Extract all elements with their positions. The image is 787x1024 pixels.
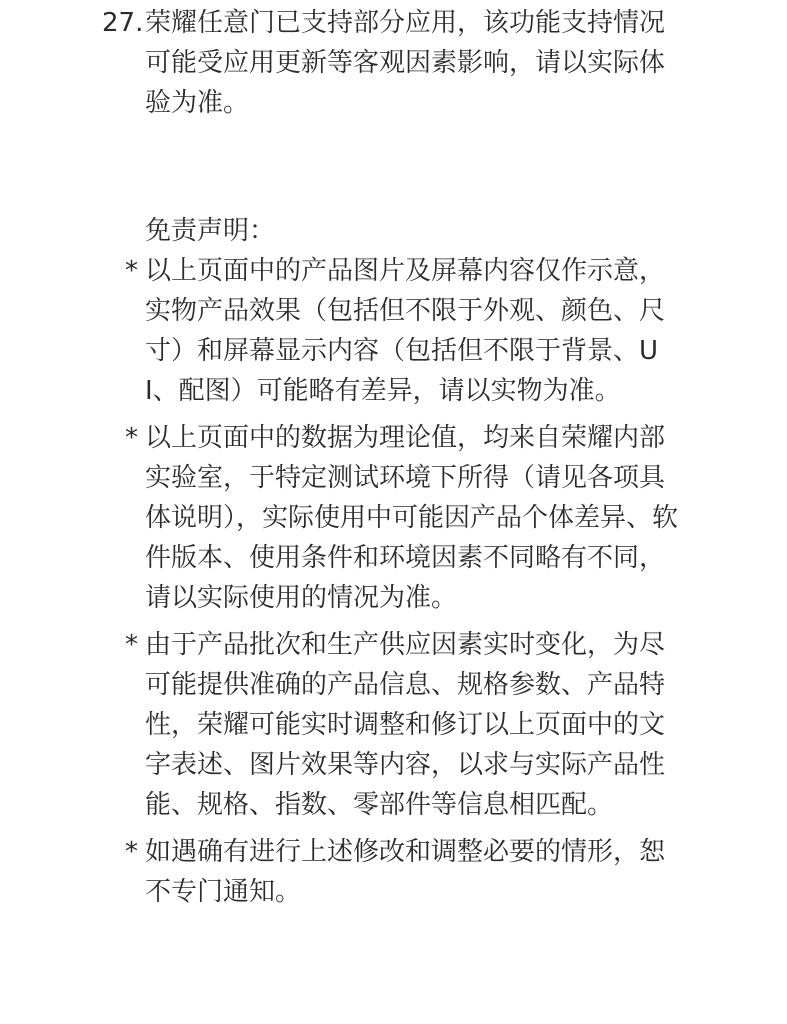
disclaimer-list: * 以上页面中的产品图片及屏幕内容仅作示意，实物产品效果（包括但不限于外观、颜色… [102,251,687,912]
disclaimer-item-text: 如遇确有进行上述修改和调整必要的情形，恕不专门通知。 [145,832,687,912]
disclaimer-page: 27. 荣耀任意门已支持部分应用，该功能支持情况可能受应用更新等客观因素影响，请… [0,0,787,1024]
note-number: 27. [102,3,145,43]
bullet-marker: * [102,625,145,665]
disclaimer-item-text: 由于产品批次和生产供应因素实时变化，为尽可能提供准确的产品信息、规格参数、产品特… [145,625,687,825]
disclaimer-title: 免责声明： [145,211,691,251]
disclaimer-item-text: 以上页面中的产品图片及屏幕内容仅作示意，实物产品效果（包括但不限于外观、颜色、尺… [145,251,687,411]
disclaimer-item-text: 以上页面中的数据为理论值，均来自荣耀内部实验室，于特定测试环境下所得（请见各项具… [145,418,687,618]
note-text: 荣耀任意门已支持部分应用，该功能支持情况可能受应用更新等客观因素影响，请以实际体… [145,3,687,123]
disclaimer-item: * 以上页面中的产品图片及屏幕内容仅作示意，实物产品效果（包括但不限于外观、颜色… [102,251,687,411]
bullet-marker: * [102,251,145,291]
disclaimer-item: * 如遇确有进行上述修改和调整必要的情形，恕不专门通知。 [102,832,687,912]
note-item-27: 27. 荣耀任意门已支持部分应用，该功能支持情况可能受应用更新等客观因素影响，请… [102,3,687,123]
bullet-marker: * [102,832,145,872]
disclaimer-item: * 以上页面中的数据为理论值，均来自荣耀内部实验室，于特定测试环境下所得（请见各… [102,418,687,618]
disclaimer-item: * 由于产品批次和生产供应因素实时变化，为尽可能提供准确的产品信息、规格参数、产… [102,625,687,825]
bullet-marker: * [102,418,145,458]
